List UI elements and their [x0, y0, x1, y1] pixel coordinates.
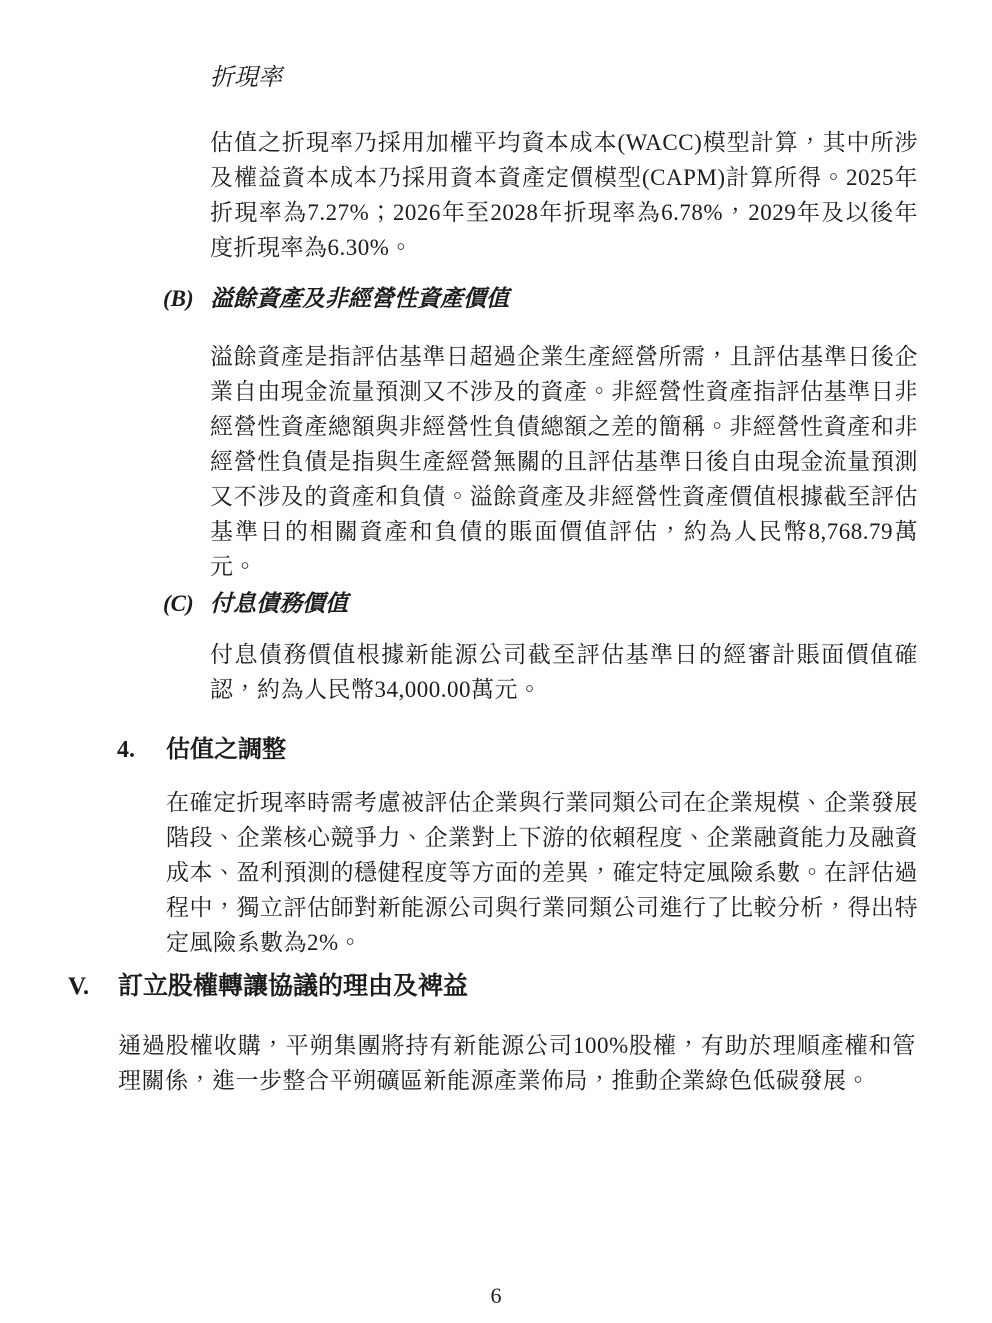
document-page: 折現率 估值之折現率乃採用加權平均資本成本(WACC)模型計算，其中所涉及權益資…	[0, 0, 992, 1323]
subheading-discount-rate: 折現率	[210, 57, 282, 92]
page-number: 6	[0, 1283, 992, 1309]
section-c-title: 付息債務價值	[210, 585, 348, 618]
paragraph-valuation-adjustment: 在確定折現率時需考慮被評估企業與行業同類公司在企業規模、企業發展階段、企業核心競…	[166, 785, 918, 960]
section-b-heading: (B) 溢餘資產及非經營性資產價值	[163, 280, 509, 313]
paragraph-reasons-and-benefits: 通過股權收購，平朔集團將持有新能源公司100%股權，有助於理順產權和管理關係，進…	[118, 1028, 916, 1098]
section-v-title: 訂立股權轉讓協議的理由及裨益	[118, 966, 468, 1002]
section-4-label: 4.	[117, 737, 166, 764]
paragraph-interest-bearing-debt: 付息債務價值根據新能源公司截至評估基準日的經審計賬面價值確認，約為人民幣34,0…	[210, 637, 918, 707]
section-c-heading: (C) 付息債務價值	[163, 585, 348, 618]
section-b-title: 溢餘資產及非經營性資產價值	[210, 280, 509, 313]
paragraph-discount-rate: 估值之折現率乃採用加權平均資本成本(WACC)模型計算，其中所涉及權益資本成本乃…	[210, 125, 918, 265]
paragraph-surplus-assets: 溢餘資產是指評估基準日超過企業生產經營所需，且評估基準日後企業自由現金流量預測又…	[210, 339, 918, 584]
section-v-label: V.	[68, 973, 118, 1001]
section-4-title: 估值之調整	[166, 729, 286, 764]
section-4-heading: 4. 估值之調整	[117, 729, 286, 764]
section-v-heading: V. 訂立股權轉讓協議的理由及裨益	[68, 966, 468, 1002]
section-b-label: (B)	[163, 286, 210, 312]
section-c-label: (C)	[163, 591, 210, 617]
